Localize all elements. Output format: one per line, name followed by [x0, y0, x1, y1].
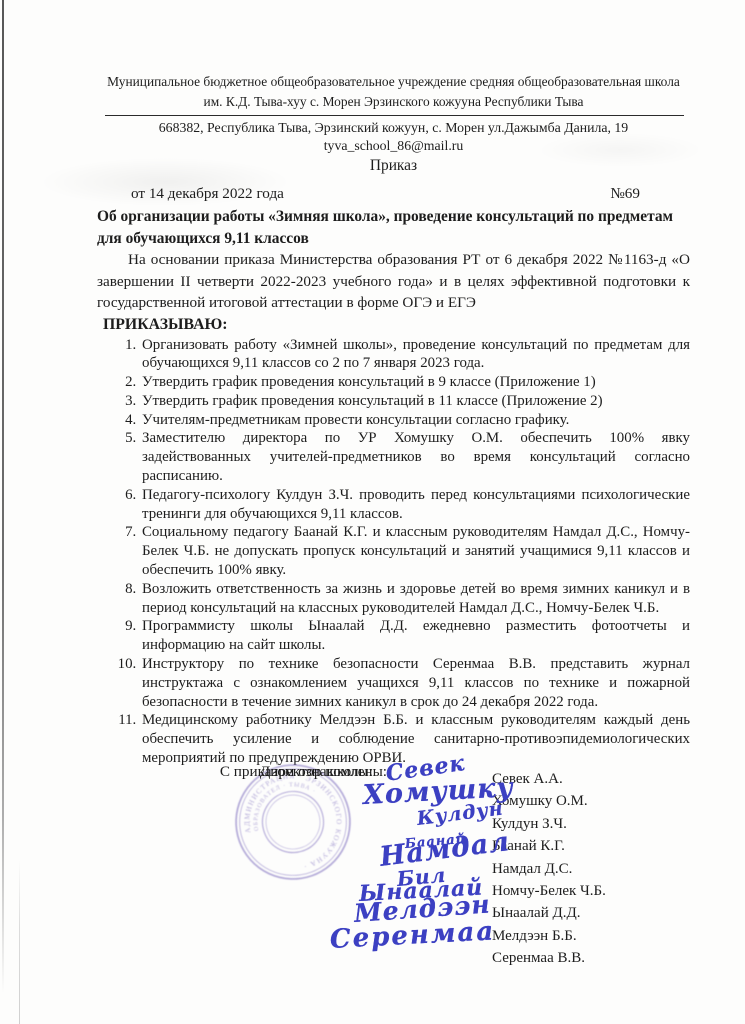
organization-name-line1: Муниципальное бюджетное общеобразователь… [97, 72, 690, 92]
scanned-order-document: АДМИНИСТРАЦИЯ · ЭРЗИНСКОГО КОЖУУНА · ОБР… [0, 0, 745, 1024]
order-items-list: Организовать работу «Зимней школы», пров… [97, 336, 690, 768]
order-date: от 14 декабря 2022 года [131, 184, 284, 204]
organization-name-line2: им. К.Д. Тыва-хуу с. Морен Эрзинского ко… [97, 92, 690, 112]
order-item-5: Заместителю директора по УР Хомушку О.М.… [140, 429, 690, 485]
scan-edge-artifact [2, 0, 4, 1024]
order-subject: Об организации работы «Зимняя школа», пр… [97, 206, 690, 249]
order-number: №69 [610, 184, 640, 204]
acknowledged-label: С приказом ознакомлены: [97, 762, 387, 782]
header-divider [105, 115, 684, 116]
signatory-name: Серенмаа В.В. [492, 947, 606, 969]
order-item-8: Возложить ответственность за жизнь и здо… [140, 580, 690, 618]
order-item-4: Учителям-предметникам провести консульта… [140, 411, 690, 430]
signatory-name: Мелдээн Б.Б. [492, 925, 606, 947]
organization-email: tyva_school_86@mail.ru [97, 137, 690, 155]
signatory-name: Ынаалай Д.Д. [492, 902, 606, 924]
organization-address: 668382, Республика Тыва, Эрзинский кожуу… [97, 118, 690, 137]
command-word: ПРИКАЗЫВАЮ: [97, 314, 690, 335]
order-preamble: На основании приказа Министерства образо… [97, 249, 690, 314]
date-number-row: от 14 декабря 2022 года №69 [97, 184, 690, 204]
signatory-name: Номчу-Белек Ч.Б. [492, 880, 606, 902]
order-item-9: Программисту школы Ынаалай Д.Д. ежедневн… [140, 617, 690, 655]
document-body: Муниципальное бюджетное общеобразователь… [97, 72, 690, 768]
order-item-10: Инструктору по технике безопасности Сере… [140, 655, 690, 711]
scan-edge-artifact-faint [19, 860, 20, 1024]
organization-header: Муниципальное бюджетное общеобразователь… [97, 72, 690, 112]
signature-section: Директор школы: С приказом ознакомлены: … [97, 762, 690, 1012]
order-item-6: Педагогу-психологу Кулдун З.Ч. проводить… [140, 486, 690, 524]
order-item-2: Утвердить график проведения консультаций… [140, 373, 690, 392]
order-item-3: Утвердить график проведения консультаций… [140, 392, 690, 411]
signatory-name: Кулдун З.Ч. [492, 813, 606, 835]
order-item-7: Социальному педагогу Баанай К.Г. и класс… [140, 523, 690, 579]
document-type-heading: Приказ [97, 156, 690, 175]
order-item-1: Организовать работу «Зимней школы», пров… [140, 336, 690, 374]
signatory-name: Намдал Д.С. [492, 858, 606, 880]
